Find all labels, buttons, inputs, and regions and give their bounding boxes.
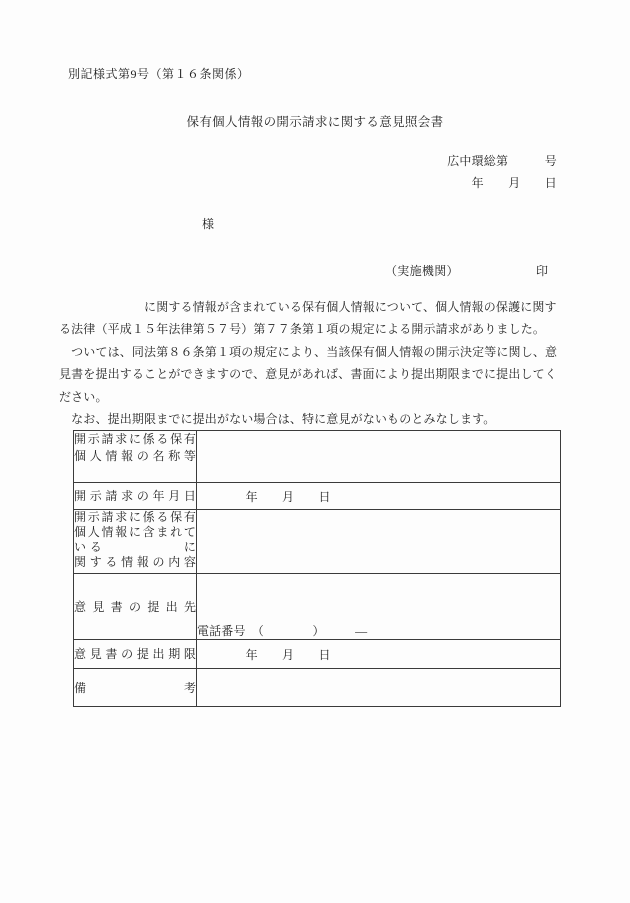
table-row-request-date: 開示請求の年月日 年 月 日: [74, 483, 561, 510]
value-held-info-name: [197, 431, 561, 483]
body-line-1: に関する情報が含まれている保有個人情報について、個人情報の保護に関す: [59, 296, 571, 318]
inquiry-table: 開示請求に係る保有 個人情報の名称等 開示請求の年月日 年 月 日 開示請求に係…: [73, 430, 561, 707]
table-row-included-info: 開示請求に係る保有 個人情報に含まれて いる に 関する情報の内容: [74, 510, 561, 574]
issue-date-line: 年 月 日: [472, 174, 557, 191]
reference-number-line: 広中環総第 号: [447, 152, 557, 169]
body-line-2: る法律（平成１５年法律第５７号）第７７条第１項の規定による開示請求がありました。: [59, 318, 571, 340]
value-deadline: 年 月 日: [197, 640, 561, 669]
body-line-6: なお、提出期限までに提出がない場合は、特に意見がないものとみなします。: [59, 408, 571, 430]
table-row-deadline: 意見書の提出期限 年 月 日: [74, 640, 561, 669]
label-remarks: 備考: [74, 669, 197, 707]
value-remarks: [197, 669, 561, 707]
label-held-info-name: 開示請求に係る保有 個人情報の名称等: [74, 431, 197, 483]
body-paragraph: に関する情報が含まれている保有個人情報について、個人情報の保護に関す る法律（平…: [59, 296, 571, 430]
table-row-held-info-name: 開示請求に係る保有 個人情報の名称等: [74, 431, 561, 483]
label-submit-to: 意見書の提出先: [74, 574, 197, 640]
value-submit-to-phone: 電話番号 （ ） ―: [197, 574, 561, 640]
body-line-5: ださい。: [59, 386, 571, 408]
document-title: 保有個人情報の開示請求に関する意見照会書: [0, 112, 630, 130]
value-included-info: [197, 510, 561, 574]
addressee-suffix: 様: [202, 215, 214, 232]
value-request-date: 年 月 日: [197, 483, 561, 510]
label-request-date: 開示請求の年月日: [74, 483, 197, 510]
label-deadline: 意見書の提出期限: [74, 640, 197, 669]
issuing-agency-label: （実施機関）: [385, 262, 459, 279]
document-page: 別記様式第9号（第１６条関係） 保有個人情報の開示請求に関する意見照会書 広中環…: [0, 0, 630, 903]
label-included-info: 開示請求に係る保有 個人情報に含まれて いる に 関する情報の内容: [74, 510, 197, 574]
seal-mark: 印: [536, 262, 548, 279]
table-row-remarks: 備考: [74, 669, 561, 707]
body-line-4: 見書を提出することができますので、意見があれば、書面により提出期限までに提出して…: [59, 363, 571, 385]
form-number-label: 別記様式第9号（第１６条関係）: [68, 65, 250, 82]
body-line-3: ついては、同法第８６条第１項の規定により、当該保有個人情報の開示決定等に関し、意: [59, 341, 571, 363]
table-row-submit-to: 意見書の提出先 電話番号 （ ） ―: [74, 574, 561, 640]
